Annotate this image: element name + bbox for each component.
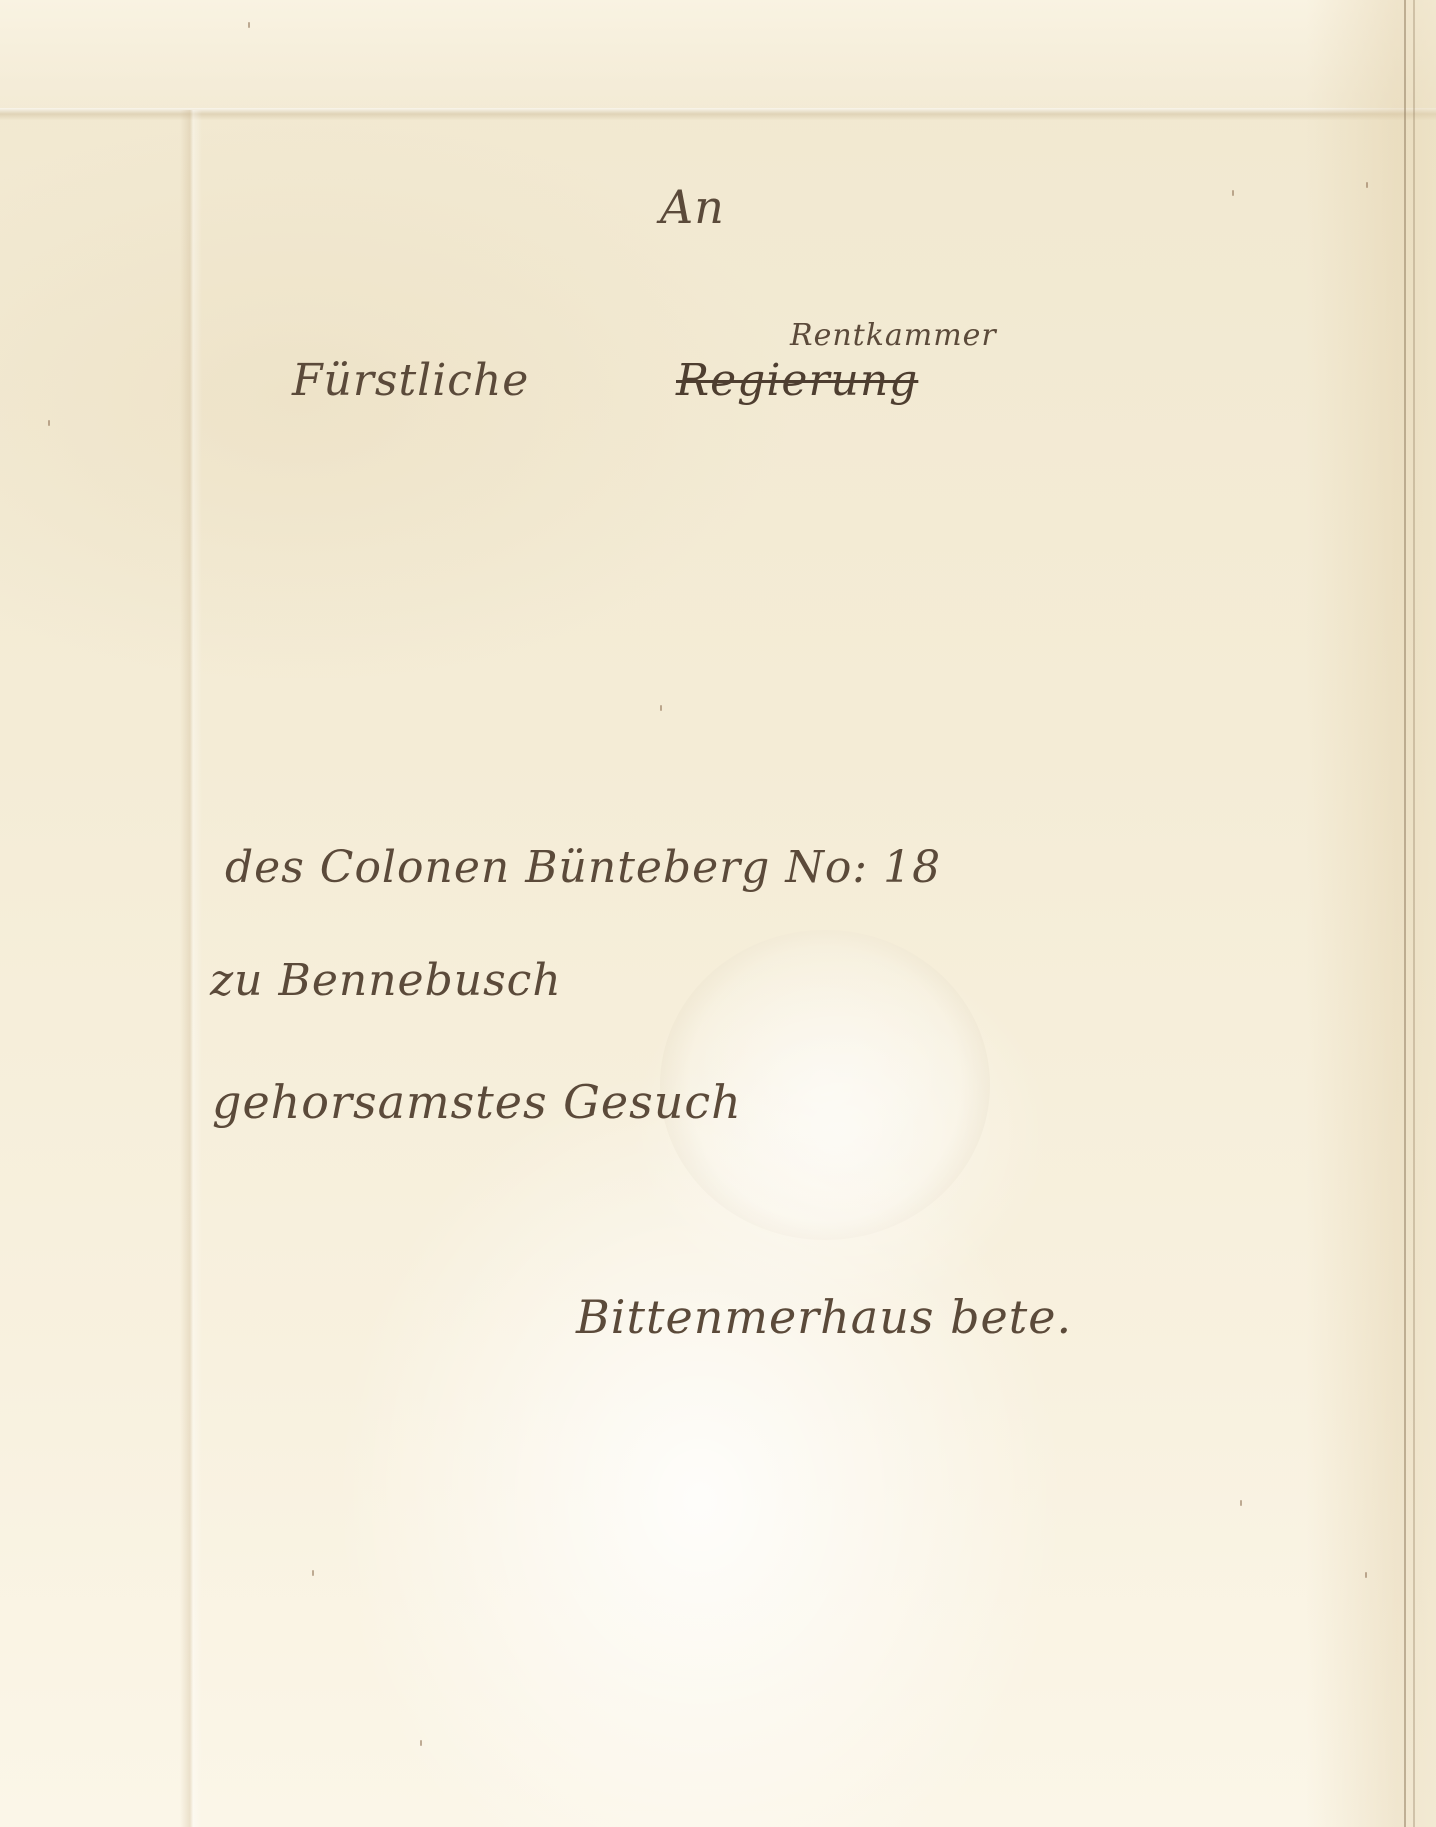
vertical-fold-line bbox=[180, 110, 202, 1827]
horizontal-fold-line bbox=[0, 108, 1436, 120]
document-page: An Fürstliche Rentkammer Regierung des C… bbox=[0, 0, 1436, 1827]
salutation-text: An bbox=[660, 180, 725, 234]
recipient-struck-text: Regierung bbox=[676, 355, 918, 406]
recipient-prefix-text: Fürstliche bbox=[292, 355, 529, 406]
sheet-right-edge-shadow bbox=[1306, 0, 1436, 1827]
recipient-correction-text: Rentkammer bbox=[790, 318, 997, 353]
place-text: zu Bennebusch bbox=[210, 955, 562, 1006]
paper-top-sheen bbox=[0, 0, 1436, 108]
closing-text: Bittenmerhaus bete. bbox=[576, 1290, 1072, 1344]
subject-text: gehorsamstes Gesuch bbox=[212, 1075, 742, 1129]
petitioner-text: des Colonen Bünteberg No: 18 bbox=[225, 842, 941, 893]
sheet-edge-line bbox=[1404, 0, 1406, 1827]
sheet-edge-line-inner bbox=[1413, 0, 1415, 1827]
